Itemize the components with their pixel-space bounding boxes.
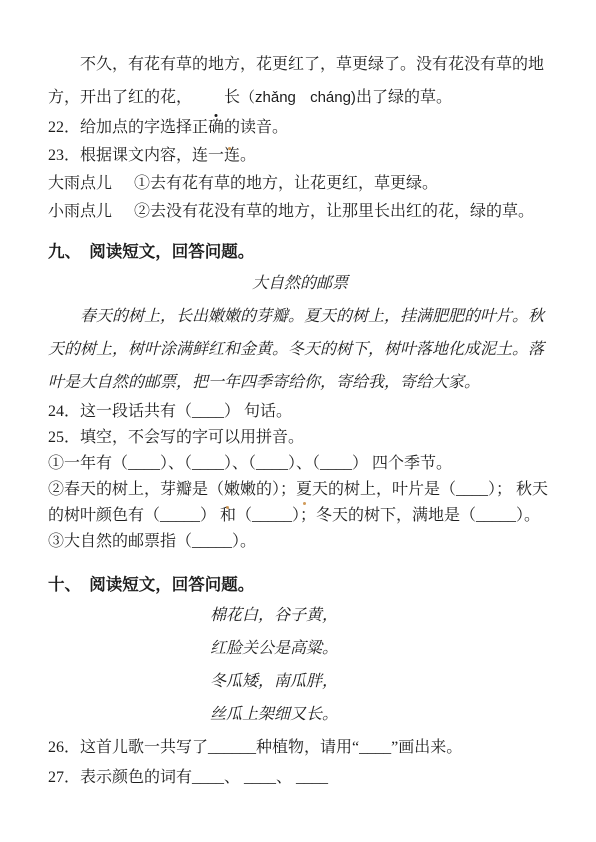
- poem-line-1: 棉花白，谷子黄，: [210, 599, 552, 632]
- poem-block: 棉花白，谷子黄， 红脸关公是高粱。 冬瓜矮，南瓜胖， 丝瓜上架细又长。: [210, 599, 552, 731]
- worksheet-page: 不久，有花有草的地方，花更红了，草更绿了。没有花没有草的地方，开出了红的花，长（…: [0, 0, 596, 842]
- passage-text-after: 出了绿的草。: [356, 89, 452, 106]
- question-25-sub2: ②春天的树上，芽瓣是（嫩嫩的）；夏天的树上，叶片是（____）； 秋天的树叶颜色…: [48, 477, 552, 529]
- question-25-sub1: ①一年有（____）、（____）、（____）、（____） 四个季节。: [48, 451, 552, 477]
- match-row-2: 小雨点儿 ②去没有花没有草的地方，让那里长出红的花，绿的草。: [48, 198, 552, 226]
- poem-line-4: 丝瓜上架细又长。: [210, 698, 552, 731]
- reading-passage-body: 春天的树上，长出嫩嫩的芽瓣。夏天的树上，挂满肥肥的叶片。秋天的树上，树叶涂满鲜红…: [48, 300, 552, 399]
- reading-passage-intro: 不久，有花有草的地方，花更红了，草更绿了。没有花没有草的地方，开出了红的花，长（…: [48, 48, 552, 114]
- stray-mark: [303, 502, 306, 505]
- section-10-heading: 十、 阅读短文，回答问题。: [48, 571, 552, 599]
- question-26: 26．这首儿歌一共写了______种植物，请用“____”画出来。: [48, 733, 552, 763]
- reading-passage-title: 大自然的邮票: [48, 268, 552, 300]
- question-27: 27．表示颜色的词有____、 ____、 ____: [48, 763, 552, 793]
- question-23: 23．根据课文内容，连一连。: [48, 142, 552, 170]
- match-right-item-1: ①去有花有草的地方，让花更红，草更绿。: [134, 170, 552, 198]
- question-24: 24．这一段话共有（____） 句话。: [48, 399, 552, 425]
- pinyin-choices: （zhǎng cháng): [240, 89, 356, 106]
- question-25-sub3: ③大自然的邮票指（_____）。: [48, 529, 552, 555]
- poem-line-3: 冬瓜矮，南瓜胖，: [210, 665, 552, 698]
- emphasized-char: 长: [192, 81, 240, 114]
- stray-mark: [228, 147, 231, 150]
- question-22: 22．给加点的字选择正确的读音。: [48, 114, 552, 142]
- section-9-heading: 九、 阅读短文，回答问题。: [48, 238, 552, 266]
- stray-mark: [226, 506, 229, 509]
- match-row-1: 大雨点儿 ①去有花有草的地方，让花更红，草更绿。: [48, 170, 552, 198]
- question-25: 25．填空，不会写的字可以用拼音。: [48, 425, 552, 451]
- match-right-item-2: ②去没有花没有草的地方，让那里长出红的花，绿的草。: [134, 198, 552, 226]
- match-left-item-2: 小雨点儿: [48, 198, 134, 226]
- poem-line-2: 红脸关公是高粱。: [210, 632, 552, 665]
- match-left-item-1: 大雨点儿: [48, 170, 134, 198]
